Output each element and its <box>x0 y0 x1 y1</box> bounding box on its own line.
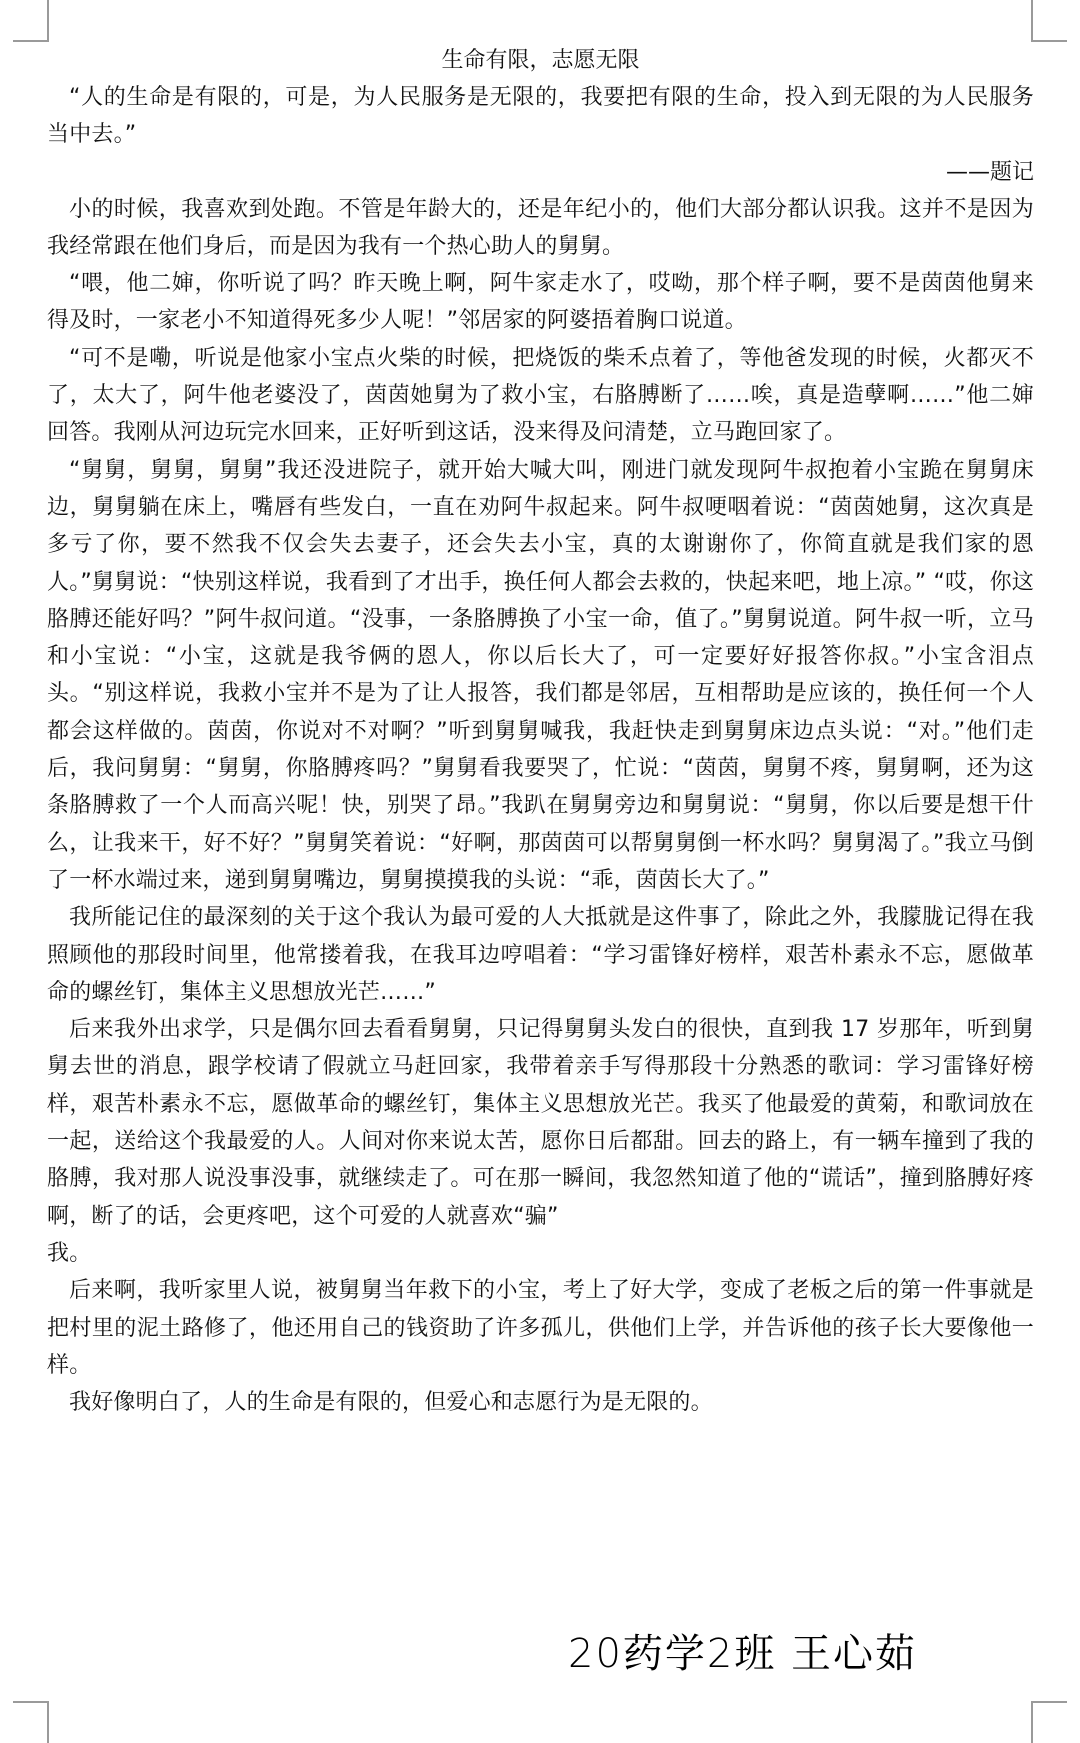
epigraph-attribution: ——题记 <box>47 154 1034 191</box>
paragraph-5: 我所能记住的最深刻的关于这个我认为最可爱的人大抵就是这件事了，除此之外，我朦胧记… <box>47 899 1034 1011</box>
paragraph-8: 我好像明白了，人的生命是有限的，但爱心和志愿行为是无限的。 <box>47 1384 1034 1421</box>
epigraph: “人的生命是有限的，可是，为人民服务是无限的，我要把有限的生命，投入到无限的为人… <box>47 79 1034 154</box>
page-corner-mark-bottom-right <box>1031 1701 1067 1743</box>
page-corner-mark-bottom-left <box>13 1701 49 1743</box>
paragraph-6-continuation: 我。 <box>47 1235 1034 1272</box>
page-corner-mark-top-right <box>1031 0 1067 42</box>
document-title: 生命有限，志愿无限 <box>47 42 1034 79</box>
page-corner-mark-top-left <box>13 0 49 42</box>
author-signature: 20药学2班 王心茹 <box>568 1622 917 1679</box>
paragraph-4: “舅舅，舅舅，舅舅”我还没进院子，就开始大喊大叫，刚进门就发现阿牛叔抱着小宝跪在… <box>47 452 1034 900</box>
paragraph-6: 后来我外出求学，只是偶尔回去看看舅舅，只记得舅舅头发白的很快，直到我 17 岁那… <box>47 1011 1034 1235</box>
paragraph-7: 后来啊，我听家里人说，被舅舅当年救下的小宝，考上了好大学，变成了老板之后的第一件… <box>47 1272 1034 1384</box>
paragraph-2: “喂，他二婶，你听说了吗？昨天晚上啊，阿牛家走水了，哎呦，那个样子啊，要不是茵茵… <box>47 265 1034 340</box>
paragraph-1: 小的时候，我喜欢到处跑。不管是年龄大的，还是年纪小的，他们大部分都认识我。这并不… <box>47 191 1034 266</box>
paragraph-3: “可不是嘞，听说是他家小宝点火柴的时候，把烧饭的柴禾点着了，等他爸发现的时候，火… <box>47 340 1034 452</box>
document-page: 生命有限，志愿无限 “人的生命是有限的，可是，为人民服务是无限的，我要把有限的生… <box>47 42 1034 1421</box>
